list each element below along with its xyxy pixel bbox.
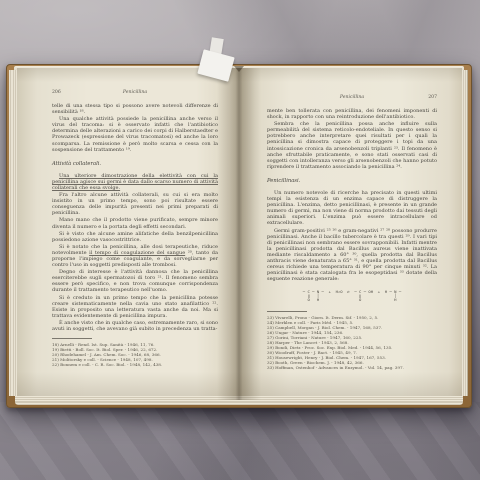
open-book: 206 Penicillina telle di una stessa tipo… — [6, 64, 472, 408]
left-page-header: 206 Penicillina — [52, 90, 218, 95]
paragraph: mente ben tollerata con penicillina, dei… — [267, 108, 437, 120]
right-page-header: Penicillina 207 — [267, 95, 437, 100]
paragraph: Degno di interesse è l'attività dannosa … — [52, 269, 218, 293]
right-page: Penicillina 207 mente ben tollerata con … — [267, 95, 437, 391]
footnote-rule — [267, 311, 307, 312]
paragraph: Una ulteriore dimostrazione della eletti… — [52, 173, 218, 191]
paragraph: Mano mano che il prodotto viene purifica… — [52, 217, 218, 229]
footnote: 33) Hoffman, Ostenhof - Advances in Enzy… — [267, 365, 437, 370]
left-running-title: Penicillina — [68, 90, 202, 95]
paragraph: Fra l'altro alcune attività collaterali,… — [52, 192, 218, 216]
footnote-rule — [52, 338, 92, 339]
paragraph: telle di una stessa tipo si possono aver… — [52, 103, 218, 115]
section-heading: Penicillinasi. — [267, 178, 437, 184]
right-page-number: 207 — [421, 95, 437, 100]
paragraph: Si è notato che la penicillina, alle dos… — [52, 244, 218, 268]
pencil-underlined-text: il tempo di coagulazione del sangue — [89, 250, 185, 256]
equation-line: O H O H — [303, 298, 401, 302]
gutter-notch — [234, 66, 244, 72]
section-heading: Attività collaterali. — [52, 161, 218, 167]
paragraph: Si è visto che alcune amine alifatiche d… — [52, 231, 218, 243]
right-running-title: Penicillina — [283, 95, 421, 100]
paragraph: Sembra che la penicillina possa anche in… — [267, 121, 437, 170]
footnote: 22) Bonnem e coll. - C. R. Soc. Biol. - … — [52, 362, 218, 367]
left-page: 206 Penicillina telle di una stessa tipo… — [52, 90, 218, 390]
paragraph: È anche visto che in qualche caso, estre… — [52, 320, 218, 332]
paragraph: Un numero notevole di ricerche ha precis… — [267, 190, 437, 227]
left-page-number: 206 — [52, 90, 68, 95]
book-photo-scene: 206 Penicillina telle di una stessa tipo… — [0, 0, 480, 480]
book-gutter — [217, 68, 261, 400]
paragraph: Germi gram-positivi ²⁵ ²⁶ e gram-negativ… — [267, 228, 437, 283]
paragraph: Una qualche attività possiede la penicil… — [52, 116, 218, 153]
paragraph: Si è creduto in un primo tempo che la pe… — [52, 295, 218, 319]
chemical-equation: ─ C ─ N ─ + H₂O ⇄ ─ C ─ OH + H ─ N ─ ‖ │… — [267, 286, 437, 305]
